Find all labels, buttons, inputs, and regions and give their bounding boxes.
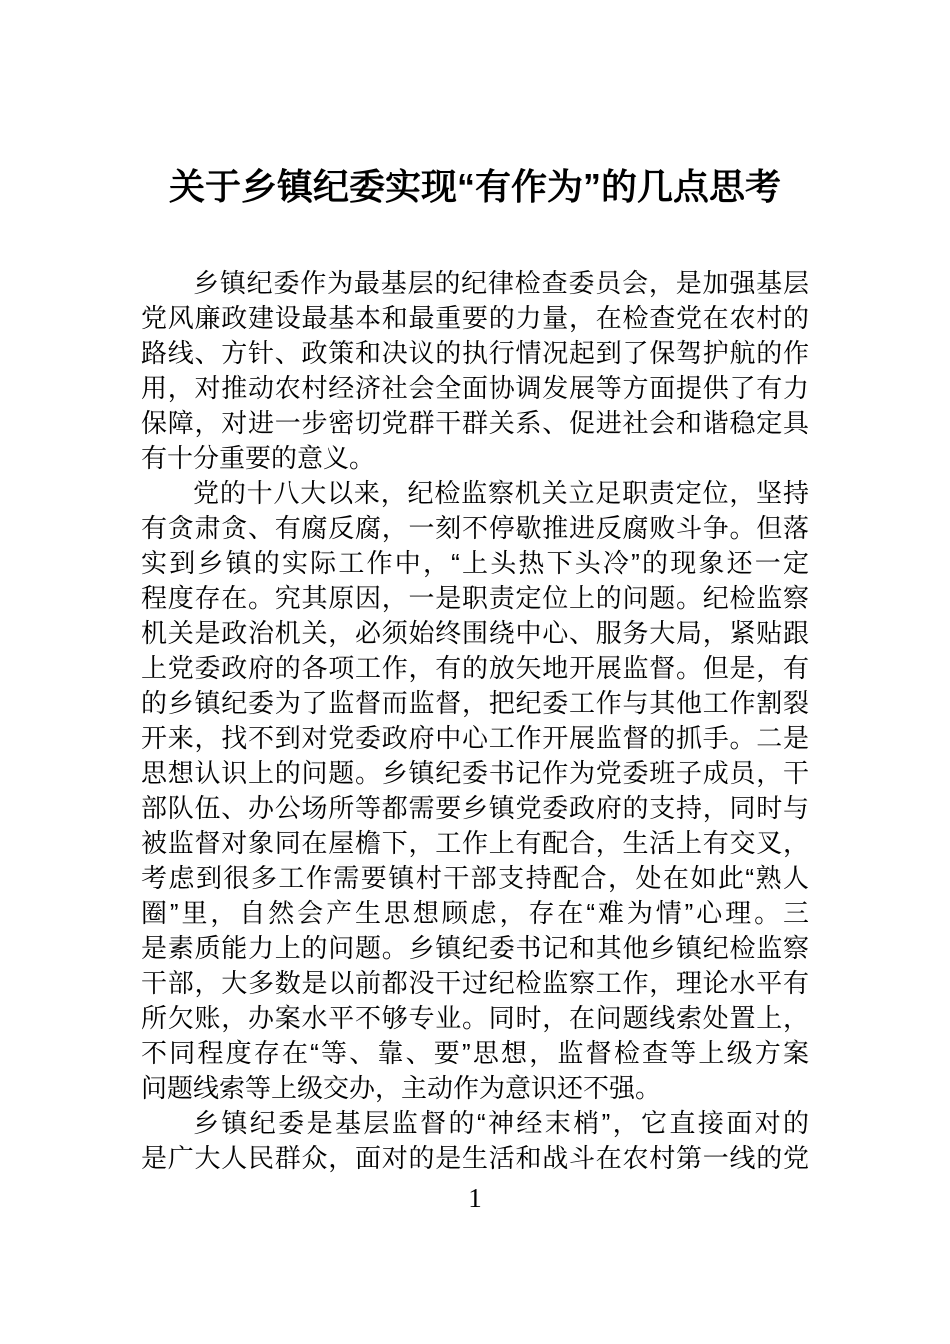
text-line: 程度存在。究其原因，一是职责定位上的问题。纪检监察 <box>141 581 809 616</box>
page-number: 1 <box>0 1182 950 1214</box>
text-line: 上党委政府的各项工作，有的放矢地开展监督。但是，有 <box>141 651 809 686</box>
text-line: 思想认识上的问题。乡镇纪委书记作为党委班子成员，干 <box>141 756 809 791</box>
text-line: 圈”里，自然会产生思想顾虑，存在“难为情”心理。三 <box>141 896 809 931</box>
text-line: 不同程度存在“等、靠、要”思想，监督检查等上级方案 <box>141 1036 809 1071</box>
document-body: 乡镇纪委作为最基层的纪律检查委员会，是加强基层党风廉政建设最基本和最重要的力量，… <box>141 266 809 1176</box>
text-line: 党风廉政建设最基本和最重要的力量，在检查党在农村的 <box>141 301 809 336</box>
text-line: 是素质能力上的问题。乡镇纪委书记和其他乡镇纪检监察 <box>141 931 809 966</box>
document-page: 关于乡镇纪委实现“有作为”的几点思考 乡镇纪委作为最基层的纪律检查委员会，是加强… <box>0 0 950 1344</box>
text-line: 路线、方针、政策和决议的执行情况起到了保驾护航的作 <box>141 336 809 371</box>
text-line: 问题线索等上级交办，主动作为意识还不强。 <box>141 1071 809 1106</box>
paragraph: 党的十八大以来，纪检监察机关立足职责定位，坚持有贪肃贪、有腐反腐，一刻不停歇推进… <box>141 476 809 1106</box>
text-line: 被监督对象同在屋檐下，工作上有配合，生活上有交叉， <box>141 826 809 861</box>
text-line: 保障，对进一步密切党群干群关系、促进社会和谐稳定具 <box>141 406 809 441</box>
paragraph: 乡镇纪委作为最基层的纪律检查委员会，是加强基层党风廉政建设最基本和最重要的力量，… <box>141 266 809 476</box>
text-line: 部队伍、办公场所等都需要乡镇党委政府的支持，同时与 <box>141 791 809 826</box>
text-line: 乡镇纪委是基层监督的“神经末梢”，它直接面对的 <box>141 1106 809 1141</box>
text-line: 实到乡镇的实际工作中，“上头热下头冷”的现象还一定 <box>141 546 809 581</box>
text-line: 机关是政治机关，必须始终围绕中心、服务大局，紧贴跟 <box>141 616 809 651</box>
text-line: 干部，大多数是以前都没干过纪检监察工作，理论水平有 <box>141 966 809 1001</box>
text-line: 有十分重要的意义。 <box>141 441 809 476</box>
document-title: 关于乡镇纪委实现“有作为”的几点思考 <box>0 162 950 212</box>
text-line: 有贪肃贪、有腐反腐，一刻不停歇推进反腐败斗争。但落 <box>141 511 809 546</box>
text-line: 用，对推动农村经济社会全面协调发展等方面提供了有力 <box>141 371 809 406</box>
text-line: 考虑到很多工作需要镇村干部支持配合，处在如此“熟人 <box>141 861 809 896</box>
text-line: 所欠账，办案水平不够专业。同时，在问题线索处置上， <box>141 1001 809 1036</box>
text-line: 乡镇纪委作为最基层的纪律检查委员会，是加强基层 <box>141 266 809 301</box>
text-line: 开来，找不到对党委政府中心工作开展监督的抓手。二是 <box>141 721 809 756</box>
text-line: 党的十八大以来，纪检监察机关立足职责定位，坚持 <box>141 476 809 511</box>
text-line: 是广大人民群众，面对的是生活和战斗在农村第一线的党 <box>141 1141 809 1176</box>
paragraph: 乡镇纪委是基层监督的“神经末梢”，它直接面对的是广大人民群众，面对的是生活和战斗… <box>141 1106 809 1176</box>
text-line: 的乡镇纪委为了监督而监督，把纪委工作与其他工作割裂 <box>141 686 809 721</box>
